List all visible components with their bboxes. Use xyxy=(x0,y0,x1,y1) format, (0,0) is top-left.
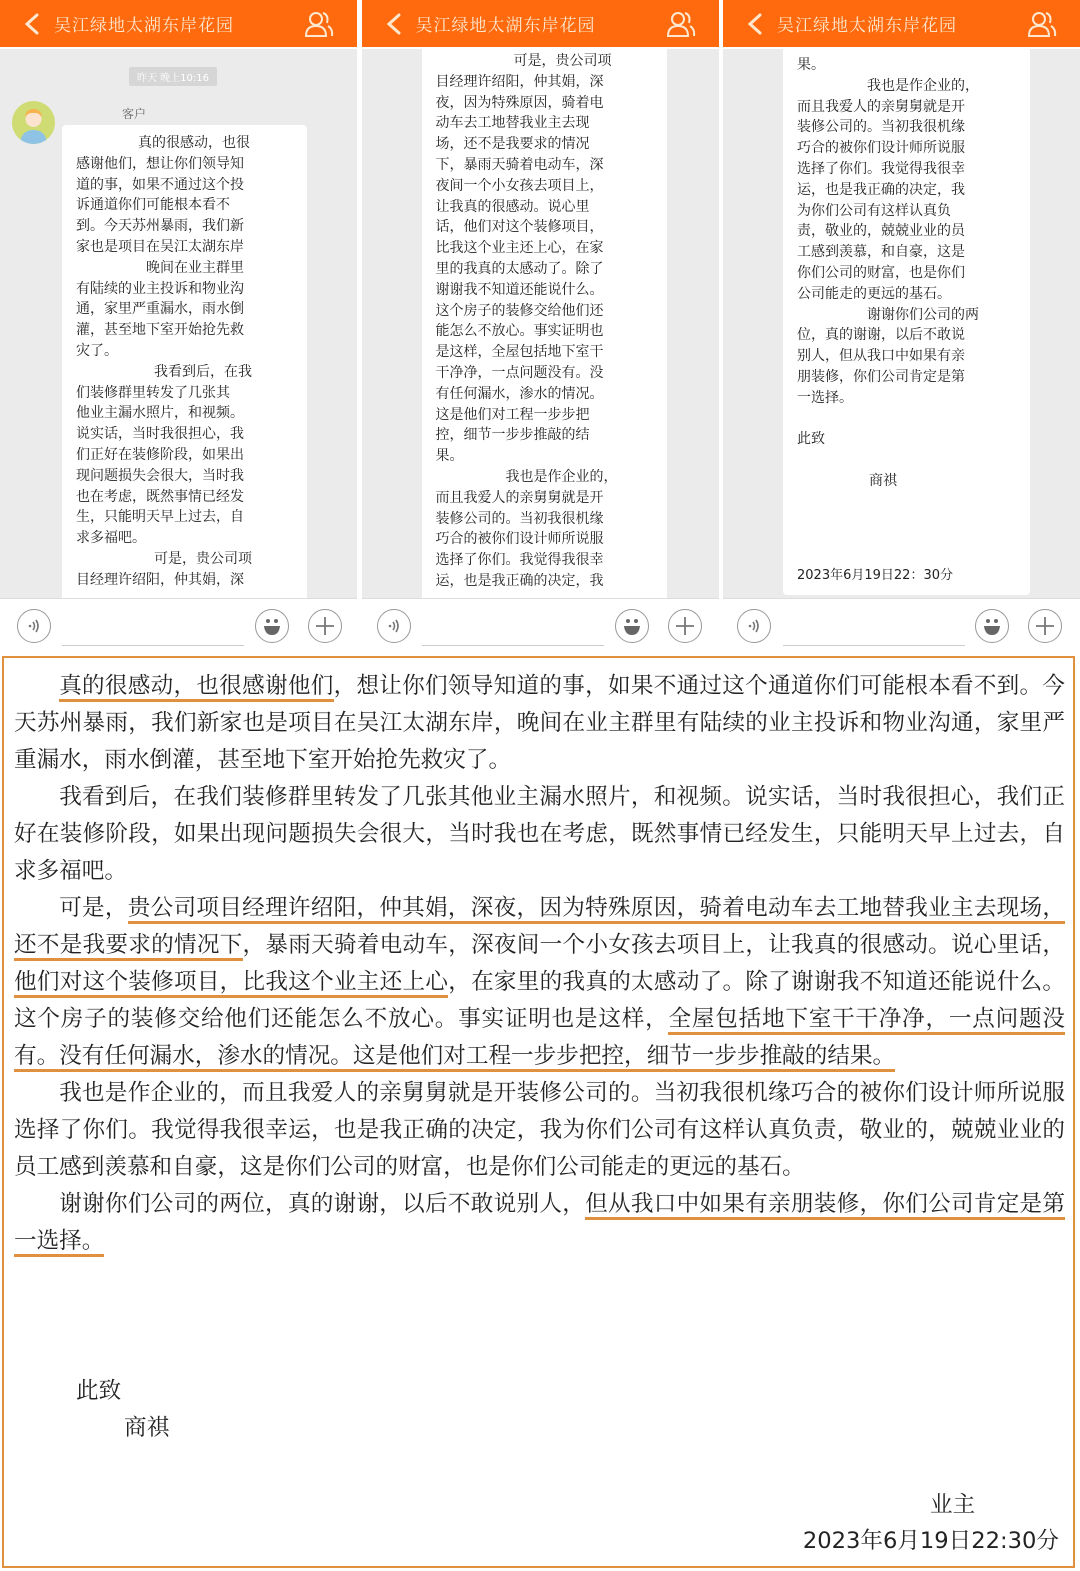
highlighted-text: 他们对这个装修项目，比我这个业主还上心 xyxy=(14,969,448,998)
emoji-icon[interactable] xyxy=(255,609,289,643)
message-line: 这个房子的装修交给他们还 xyxy=(436,301,653,322)
letter-date: 2023年6月19日22:30分 xyxy=(803,1523,1059,1560)
message-line: 控，细节一步步推敲的结 xyxy=(436,425,653,446)
message-line: 位，真的谢谢，以后不敢说 xyxy=(797,325,1016,346)
chat-screenshots: 吴江绿地太湖东岸花园 昨天 晚上10:16 客户 真的很感动，也很 感谢他们，想… xyxy=(0,0,1080,655)
plus-icon[interactable] xyxy=(308,609,342,643)
chevron-left-icon[interactable] xyxy=(745,13,767,35)
message-line: 我看到后，在我 xyxy=(76,362,293,383)
message-line: 你们公司的财富，也是你们 xyxy=(797,263,1016,284)
message-line: 选择了你们。我觉得我很幸 xyxy=(797,159,1016,180)
timestamp-chip: 昨天 晚上10:16 xyxy=(129,67,217,86)
text-segment: 我也是作企业的，而且我爱人的亲舅舅就是开装修公司的。当初我很机缘巧合的被你们设计… xyxy=(14,1080,1065,1180)
chat-title: 吴江绿地太湖东岸花园 xyxy=(777,11,957,36)
message-line: 感谢他们，想让你们领导知 xyxy=(76,154,293,175)
message-line xyxy=(797,492,1016,513)
chat-header: 吴江绿地太湖东岸花园 xyxy=(362,0,719,47)
message-line: 我也是作企业的， xyxy=(436,467,653,488)
message-line xyxy=(797,554,1016,566)
message-input[interactable] xyxy=(62,645,244,646)
message-line: 求多福吧。 xyxy=(76,528,293,549)
chevron-left-icon[interactable] xyxy=(22,13,44,35)
message-line: 现问题损失会很大，当时我 xyxy=(76,466,293,487)
signer: 业主 xyxy=(930,1487,975,1524)
message-line: 装修公司的。当初我很机缘 xyxy=(436,509,653,530)
message-line: 装修公司的。当初我很机缘 xyxy=(797,117,1016,138)
group-members-icon[interactable] xyxy=(665,9,697,43)
transcript-body: 真的很感动，也很感谢他们，想让你们领导知道的事，如果不通过这个通道你们可能根本看… xyxy=(14,668,1065,1260)
message-line: 巧合的被你们设计师所说服 xyxy=(797,138,1016,159)
message-bubble[interactable]: 可是，贵公司项 目经理许绍阳，仲其娟，深 夜，因为特殊原因，骑着电 动车去工地替… xyxy=(422,49,667,598)
text-segment: 谢谢你们公司的两位，真的谢谢，以后不敢说别人， xyxy=(59,1191,585,1217)
transcript-paragraph: 真的很感动，也很感谢他们，想让你们领导知道的事，如果不通过这个通道你们可能根本看… xyxy=(14,668,1065,779)
message-line: 说实话，当时我很担心，我 xyxy=(76,424,293,445)
message-line: 也在考虑，既然事情已经发 xyxy=(76,487,293,508)
voice-icon[interactable] xyxy=(17,609,51,643)
message-line: 夜间一个小女孩去项目上， xyxy=(436,176,653,197)
transcript-paragraph: 我也是作企业的，而且我爱人的亲舅舅就是开装修公司的。当初我很机缘巧合的被你们设计… xyxy=(14,1075,1065,1186)
message-line: 果。 xyxy=(436,446,653,467)
message-line: 通，家里严重漏水，雨水倒 xyxy=(76,299,293,320)
message-line: 目经理许绍阳，仲其娟，深 xyxy=(436,72,653,93)
message-line: 谢谢我不知道还能说什么。 xyxy=(436,280,653,301)
highlighted-text: 真的很感动，也很感谢他们 xyxy=(59,673,333,702)
message-line: 一选择。 xyxy=(797,388,1016,409)
chat-area[interactable]: 可是，贵公司项 目经理许绍阳，仲其娟，深 夜，因为特殊原因，骑着电 动车去工地替… xyxy=(362,49,719,598)
message-bubble[interactable]: 真的很感动，也很 感谢他们，想让你们领导知 道的事，如果不通过这个投 诉通道你们… xyxy=(62,125,307,598)
voice-icon[interactable] xyxy=(377,609,411,643)
message-line: 是这样，全屋包括地下室干 xyxy=(436,342,653,363)
message-line: 干净净，一点问题没有。没 xyxy=(436,363,653,384)
message-line: 责，敬业的，兢兢业业的员 xyxy=(797,221,1016,242)
transcript-document: 真的很感动，也很感谢他们，想让你们领导知道的事，如果不通过这个通道你们可能根本看… xyxy=(2,656,1075,1568)
message-line: 选择了你们。我觉得我很幸 xyxy=(436,550,653,571)
message-line: 此致 xyxy=(797,429,1016,450)
avatar[interactable] xyxy=(12,101,55,144)
message-line: 里的我真的太感动了。除了 xyxy=(436,259,653,280)
emoji-icon[interactable] xyxy=(975,609,1009,643)
message-line: 商祺 xyxy=(797,471,1016,492)
transcript-paragraph: 我看到后，在我们装修群里转发了几张其他业主漏水照片，和视频。说实话，当时我很担心… xyxy=(14,779,1065,890)
message-line: 道的事，如果不通过这个投 xyxy=(76,175,293,196)
input-bar xyxy=(723,598,1080,656)
chat-screen-1: 吴江绿地太湖东岸花园 昨天 晚上10:16 客户 真的很感动，也很 感谢他们，想… xyxy=(0,0,357,655)
message-line: 运，也是我正确的决定，我 xyxy=(797,180,1016,201)
text-segment: 可是， xyxy=(59,895,128,921)
input-bar xyxy=(362,598,719,656)
message-bubble[interactable]: 果。 我也是作企业的， 而且我爱人的亲舅舅就是开 装修公司的。当初我很机缘 巧合… xyxy=(783,49,1030,595)
message-line: 运，也是我正确的决定，我 xyxy=(436,571,653,592)
input-bar xyxy=(0,598,357,656)
message-line: 灾了。 xyxy=(76,341,293,362)
message-line: 让我真的很感动。说心里 xyxy=(436,197,653,218)
closing: 此致 xyxy=(76,1373,121,1410)
chat-title: 吴江绿地太湖东岸花园 xyxy=(416,11,596,36)
emoji-icon[interactable] xyxy=(615,609,649,643)
sender-name: 客户 xyxy=(122,105,146,122)
message-line: 夜，因为特殊原因，骑着电 xyxy=(436,93,653,114)
message-line: 公司能走的更远的基石。 xyxy=(797,284,1016,305)
message-line: 话，他们对这个装修项目， xyxy=(436,217,653,238)
message-line: 诉通道你们可能根本看不 xyxy=(76,195,293,216)
message-line: 生，只能明天早上过去，自 xyxy=(76,507,293,528)
message-line: 为你们公司有这样认真负 xyxy=(797,201,1016,222)
message-line: 比我这个业主还上心，在家 xyxy=(436,238,653,259)
message-input[interactable] xyxy=(422,645,604,646)
group-members-icon[interactable] xyxy=(1026,9,1058,43)
text-segment: ，暴雨天骑着电动车，深夜间一个小女孩去项目上，让我真的很感动。说心里话， xyxy=(243,932,1065,958)
message-line: 而且我爱人的亲舅舅就是开 xyxy=(797,97,1016,118)
chat-screen-2: 吴江绿地太湖东岸花园 可是，贵公司项 目经理许绍阳，仲其娟，深 夜，因为特殊原因… xyxy=(362,0,719,655)
chat-header: 吴江绿地太湖东岸花园 xyxy=(723,0,1080,47)
plus-icon[interactable] xyxy=(668,609,702,643)
message-line: 有任何漏水，渗水的情况。 xyxy=(436,384,653,405)
message-line: 我也是作企业的， xyxy=(797,76,1016,97)
message-line: 目经理许绍阳，仲其娟，深 xyxy=(76,570,293,591)
chat-header: 吴江绿地太湖东岸花园 xyxy=(0,0,357,47)
message-line xyxy=(797,513,1016,534)
message-line: 别人，但从我口中如果有亲 xyxy=(797,346,1016,367)
message-line: 真的很感动，也很 xyxy=(76,133,293,154)
message-line xyxy=(797,533,1016,554)
chat-screen-3: 吴江绿地太湖东岸花园 果。 我也是作企业的， 而且我爱人的亲舅舅就是开 装修公司… xyxy=(723,0,1080,655)
message-line: 可是，贵公司项 xyxy=(436,51,653,72)
transcript-paragraph: 可是，贵公司项目经理许绍阳，仲其娟，深夜，因为特殊原因，骑着电动车去工地替我业主… xyxy=(14,890,1065,1075)
message-line: 可是，贵公司项 xyxy=(76,549,293,570)
message-line: 到。今天苏州暴雨，我们新 xyxy=(76,216,293,237)
salutation: 商祺 xyxy=(124,1410,169,1447)
message-line: 工感到羡慕，和自豪，这是 xyxy=(797,242,1016,263)
message-line: 下，暴雨天骑着电动车，深 xyxy=(436,155,653,176)
chat-area[interactable]: 昨天 晚上10:16 客户 真的很感动，也很 感谢他们，想让你们领导知 道的事，… xyxy=(0,49,357,598)
chat-area[interactable]: 果。 我也是作企业的， 而且我爱人的亲舅舅就是开 装修公司的。当初我很机缘 巧合… xyxy=(723,49,1080,598)
voice-icon[interactable] xyxy=(737,609,771,643)
message-input[interactable] xyxy=(783,645,965,646)
message-line: 动车去工地替我业主去现 xyxy=(436,113,653,134)
message-line: 谢谢你们公司的两 xyxy=(797,305,1016,326)
message-date: 2023年6月19日22：30分 xyxy=(797,566,1016,587)
chat-title: 吴江绿地太湖东岸花园 xyxy=(54,11,234,36)
transcript-paragraph: 谢谢你们公司的两位，真的谢谢，以后不敢说别人，但从我口中如果有亲朋装修，你们公司… xyxy=(14,1186,1065,1260)
message-line: 而且我爱人的亲舅舅就是开 xyxy=(436,488,653,509)
text-segment: 我看到后，在我们装修群里转发了几张其他业主漏水照片，和视频。说实话，当时我很担心… xyxy=(14,784,1065,884)
message-line xyxy=(797,450,1016,471)
message-line: 朋装修，你们公司肯定是第 xyxy=(797,367,1016,388)
message-line: 场，还不是我要求的情况 xyxy=(436,134,653,155)
message-line xyxy=(797,409,1016,430)
message-line: 巧合的被你们设计师所说服 xyxy=(436,529,653,550)
message-line: 晚间在业主群里 xyxy=(76,258,293,279)
message-line: 有陆续的业主投诉和物业沟 xyxy=(76,279,293,300)
message-line: 灌，甚至地下室开始抢先救 xyxy=(76,320,293,341)
message-line: 这是他们对工程一步步把 xyxy=(436,405,653,426)
message-line: 们装修群里转发了几张其 xyxy=(76,383,293,404)
message-line: 们正好在装修阶段，如果出 xyxy=(76,445,293,466)
message-line: 他业主漏水照片，和视频。 xyxy=(76,403,293,424)
message-line: 果。 xyxy=(797,55,1016,76)
plus-icon[interactable] xyxy=(1028,609,1062,643)
message-line: 能怎么不放心。事实证明也 xyxy=(436,321,653,342)
chevron-left-icon[interactable] xyxy=(384,13,406,35)
group-members-icon[interactable] xyxy=(303,9,335,43)
message-line: 家也是项目在吴江太湖东岸 xyxy=(76,237,293,258)
